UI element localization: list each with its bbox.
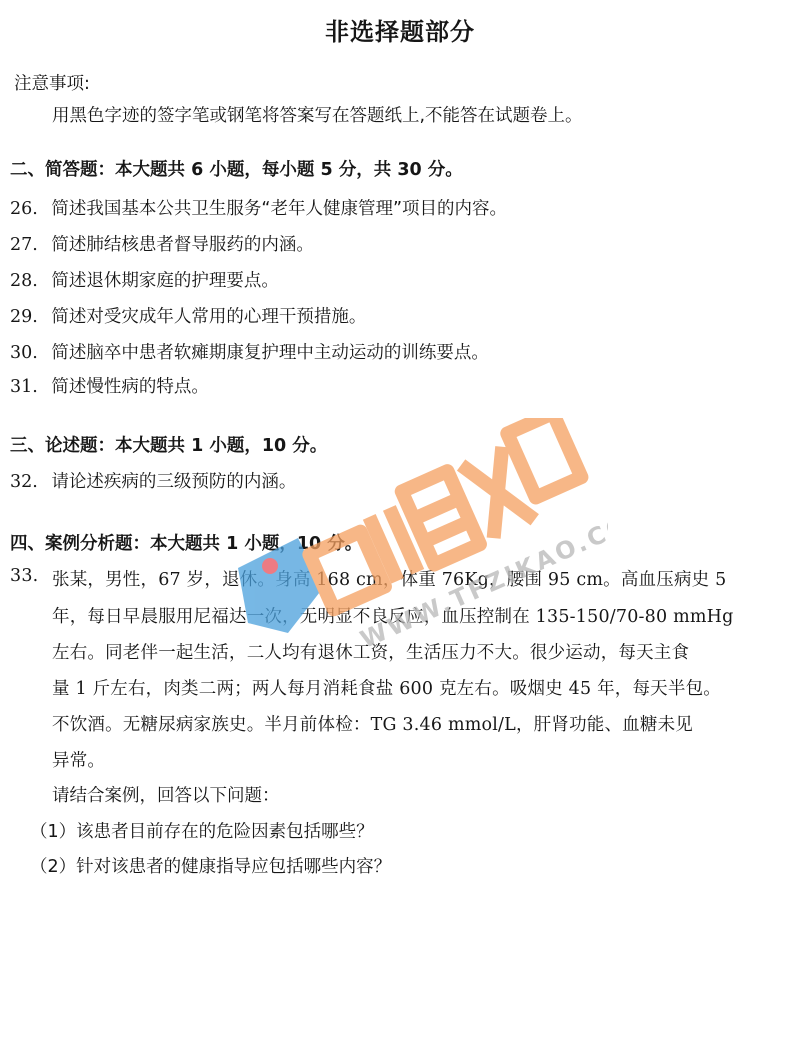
- question-number: 29.: [10, 307, 38, 327]
- question-number: 26.: [10, 199, 38, 219]
- question-31: 31. 简述慢性病的特点。: [10, 373, 209, 398]
- question-30: 30. 简述脑卒中患者软瘫期康复护理中主动运动的训练要点。: [10, 339, 489, 364]
- question-text: 简述肺结核患者督导服药的内涵。: [51, 235, 314, 255]
- section-heading-case-analysis: 四、案例分析题：本大题共 1 小题，10 分。: [10, 530, 362, 555]
- subquestion-2: （2）针对该患者的健康指导应包括哪些内容？: [30, 853, 391, 878]
- case-line-1: 张某，男性，67 岁，退休。身高 168 cm，体重 76Kg，腰围 95 cm…: [52, 566, 726, 591]
- case-line-6: 异常。: [52, 747, 105, 772]
- case-number: 33.: [10, 566, 38, 586]
- question-text: 请论述疾病的三级预防的内涵。: [51, 472, 296, 492]
- question-text: 简述退休期家庭的护理要点。: [51, 271, 279, 291]
- case-line-4: 量 1 斤左右，肉类二两；两人每月消耗食盐 600 克左右。吸烟史 45 年，每…: [52, 675, 721, 700]
- question-32: 32. 请论述疾病的三级预防的内涵。: [10, 468, 296, 493]
- question-text: 简述对受灾成年人常用的心理干预措施。: [51, 307, 366, 327]
- question-text: 简述脑卒中患者软瘫期康复护理中主动运动的训练要点。: [51, 343, 489, 363]
- question-text: 简述慢性病的特点。: [51, 377, 209, 397]
- page-title: 非选择题部分: [0, 12, 800, 47]
- question-text: 简述我国基本公共卫生服务“老年人健康管理”项目的内容。: [51, 199, 507, 219]
- question-26: 26. 简述我国基本公共卫生服务“老年人健康管理”项目的内容。: [10, 195, 507, 220]
- notice-text: 用黑色字迹的签字笔或钢笔将答案写在答题纸上,不能答在试题卷上。: [52, 102, 583, 127]
- subquestion-1: （1）该患者目前存在的危险因素包括哪些？: [30, 818, 374, 843]
- question-number: 30.: [10, 343, 38, 363]
- section-heading-short-answer: 二、简答题：本大题共 6 小题，每小题 5 分，共 30 分。: [10, 156, 463, 181]
- notice-heading: 注意事项:: [14, 70, 90, 95]
- case-prompt: 请结合案例，回答以下问题：: [52, 782, 280, 807]
- question-number: 27.: [10, 235, 38, 255]
- question-29: 29. 简述对受灾成年人常用的心理干预措施。: [10, 303, 366, 328]
- case-line-3: 左右。同老伴一起生活，二人均有退休工资，生活压力不大。很少运动，每天主食: [52, 639, 689, 664]
- question-number: 31.: [10, 377, 38, 397]
- case-line-2: 年，每日早晨服用尼福达一次，无明显不良反应，血压控制在 135-150/70-8…: [52, 603, 734, 628]
- case-line-5: 不饮酒。无糖尿病家族史。半月前体检：TG 3.46 mmol/L，肝肾功能、血糖…: [52, 711, 693, 736]
- question-number: 32.: [10, 472, 38, 492]
- question-27: 27. 简述肺结核患者督导服药的内涵。: [10, 231, 314, 256]
- question-28: 28. 简述退休期家庭的护理要点。: [10, 267, 279, 292]
- section-heading-essay: 三、论述题：本大题共 1 小题，10 分。: [10, 432, 327, 457]
- question-number: 28.: [10, 271, 38, 291]
